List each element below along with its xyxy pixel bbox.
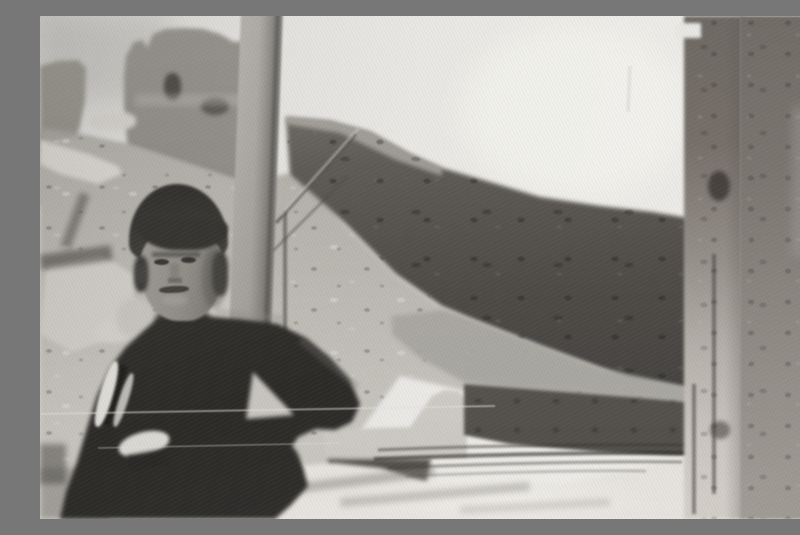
boy-nose-shade [170,263,179,279]
boy-sideburn-right [212,252,228,296]
wall-texture [40,16,800,519]
rubble-band [40,16,800,519]
vignette-overlay [40,16,800,519]
stay-wire [277,135,355,222]
arm-gap-highlight [40,16,800,519]
utility-pole [227,16,283,393]
bright-boulder [40,16,800,519]
boy-face [140,227,224,321]
stay-wire-highlight [282,129,358,214]
boy-ear-shadow [136,263,147,285]
stone-bench [40,16,800,519]
road-shadow-streak [340,482,530,508]
timber-beam [388,462,682,468]
boy-hair [129,184,228,266]
boy-brow-shadow [152,252,200,257]
timber-beam [374,453,690,459]
scratch-line [98,443,340,448]
rock-shadow [158,404,242,434]
limestone-rock [187,351,251,381]
road-sunlit-patch [340,468,670,519]
boy-hair-fringe [138,220,228,250]
boy-torso [40,16,800,519]
terrace-path [40,16,800,519]
ruin-tower-small [40,16,800,519]
tower-masonry-hole [201,98,229,115]
hillside-rock-texture [40,16,800,519]
wall-hole [708,171,730,201]
building-front-face [740,16,800,519]
building-plaster-texture [40,16,800,519]
sling-strap-light [91,360,122,429]
road-shadow-streak [275,466,435,495]
shoulder-rim-light [216,308,286,321]
sky-blemish [628,66,630,112]
boy-chin-highlight [162,295,188,305]
connecting-wall [90,112,136,130]
sling-strap-light [111,372,137,428]
building-light-streak [792,106,800,256]
tower-window-hole [164,73,181,100]
dirt-road [40,16,800,519]
tower-light-band [135,94,245,106]
ground-left-shadow [40,444,66,484]
bench-shadow-base [40,16,800,519]
pole-shadow-line [283,211,287,383]
rock-crevice [60,192,89,250]
sling-strap-dark [101,364,128,426]
limestone-rock [92,310,147,348]
wall-top-highlight [40,16,800,519]
hillside-slope [40,16,800,519]
film-grain-overlay [40,16,800,519]
bright-boulder [40,16,800,519]
lit-rock-left-of-neck [116,298,154,338]
ground-left-patch [40,468,110,519]
timber-beam [378,445,692,450]
wall-hole-small [710,421,730,439]
shadow-beside-boy [258,444,300,492]
boy-mouth [159,285,189,294]
timber-beam [406,471,646,476]
boy-cheek-shadow [202,248,226,308]
boy-nose-shadow [168,278,182,283]
corner-seam-line [712,254,716,494]
ruined-wall-mass [40,16,800,519]
rock-crevice [40,245,113,270]
boy-neck-shadow [156,308,210,334]
corner-seam-line [692,384,696,514]
photograph [40,16,800,519]
scratch-line [40,406,495,414]
road-shadow-streak [460,498,610,514]
stay-wires [40,16,800,519]
building-roof-notch [677,23,701,38]
building-corner-strip [684,16,742,519]
white-cuff-highlight [116,426,172,462]
ruin-tower-large [40,16,800,519]
photo-scratches [40,16,800,519]
boy-sideburn-left [134,256,148,292]
stay-wire [274,177,347,250]
low-shaded-wall [40,16,800,519]
boy-eye-left [154,259,169,265]
lit-rock-behind-shoulder [204,268,244,338]
boy-eye-right [181,257,196,263]
sky-corner-shading [40,16,170,101]
boy-figure [40,16,800,519]
timber-stack [40,16,800,519]
cuff-shadow [127,449,169,472]
forearm-highlight [298,337,359,390]
sky-bright-area [460,26,690,196]
